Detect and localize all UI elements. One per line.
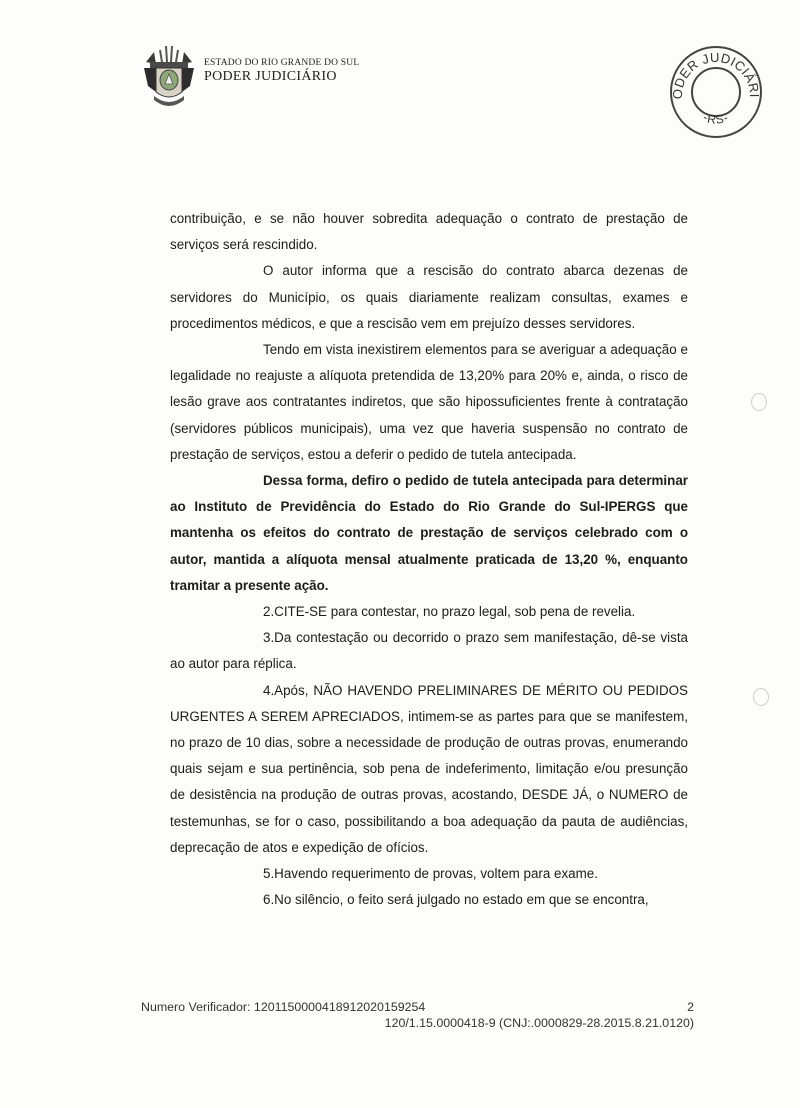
paragraph-autor-informa: O autor informa que a rescisão do contra… xyxy=(170,258,688,337)
paragraph-tendo-em-vista: Tendo em vista inexistirem elementos par… xyxy=(170,337,688,468)
case-number: 120/1.15.0000418-9 (CNJ:.0000829-28.2015… xyxy=(141,1016,694,1030)
letterhead: ESTADO DO RIO GRANDE DO SUL PODER JUDICI… xyxy=(140,42,440,114)
paragraph-decision: Dessa forma, defiro o pedido de tutela a… xyxy=(170,468,688,599)
page-footer: Numero Verificador: 12011500004189120201… xyxy=(141,1000,694,1030)
document-body: contribuição, e se não houver sobredita … xyxy=(170,206,688,913)
punch-hole-mark xyxy=(753,688,769,706)
punch-hole-mark xyxy=(751,393,767,411)
paragraph-contribuicao: contribuição, e se não houver sobredita … xyxy=(170,206,688,258)
seal-top-text: PODER JUDICIÁRIO xyxy=(668,44,762,100)
paragraph-item-5: 5.Havendo requerimento de provas, voltem… xyxy=(170,861,688,887)
paragraph-item-2: 2.CITE-SE para contestar, no prazo legal… xyxy=(170,599,688,625)
paragraph-item-6: 6.No silêncio, o feito será julgado no e… xyxy=(170,887,688,913)
state-name: ESTADO DO RIO GRANDE DO SUL xyxy=(204,58,359,68)
verifier-number: Numero Verificador: 12011500004189120201… xyxy=(141,1000,425,1014)
svg-text:PODER JUDICIÁRIO: PODER JUDICIÁRIO xyxy=(668,44,762,100)
paragraph-item-4: 4.Após, NÃO HAVENDO PRELIMINARES DE MÉRI… xyxy=(170,678,688,861)
court-name: PODER JUDICIÁRIO xyxy=(204,69,359,85)
paragraph-item-3: 3.Da contestação ou decorrido o prazo se… xyxy=(170,625,688,677)
court-seal-stamp-icon: PODER JUDICIÁRIO -RS- xyxy=(668,44,764,140)
coat-of-arms-icon xyxy=(140,42,198,114)
page-number: 2 xyxy=(687,1000,694,1014)
